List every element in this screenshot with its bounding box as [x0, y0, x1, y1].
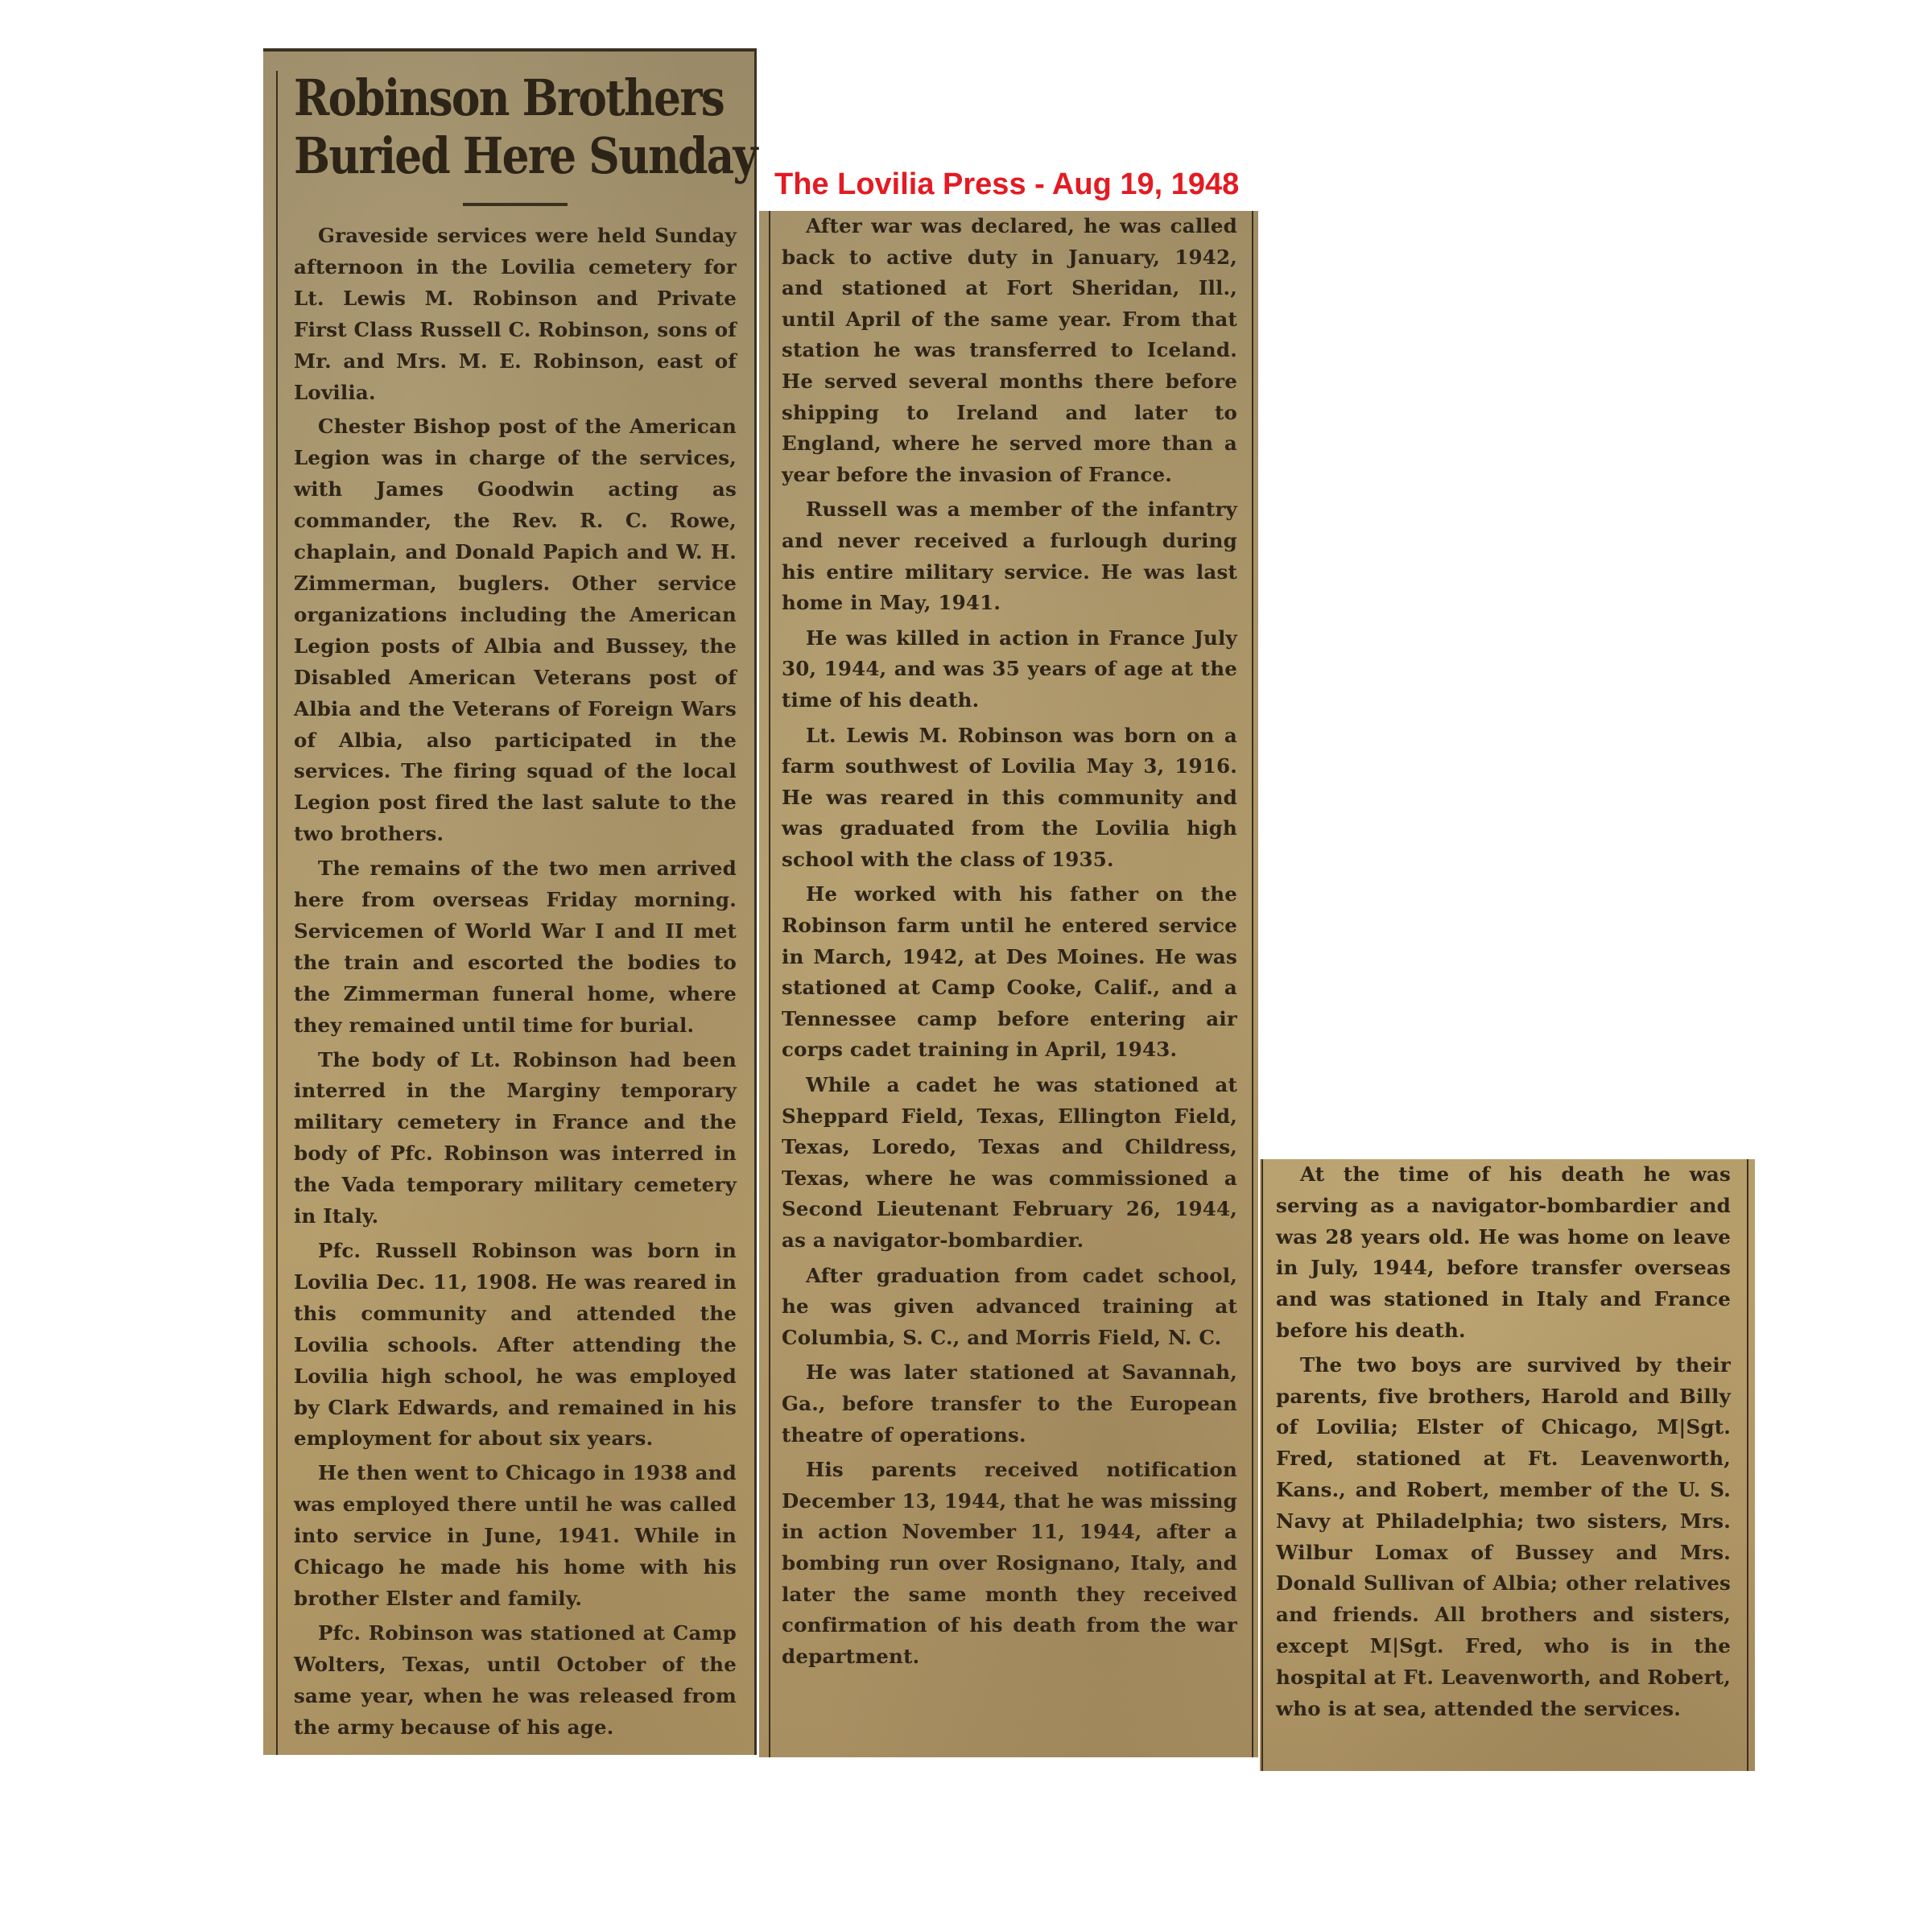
- publication-caption: The Lovilia Press - Aug 19, 1948: [774, 167, 1239, 202]
- clipping-column-2: After war was declared, he was called ba…: [759, 211, 1258, 1757]
- paragraph: Lt. Lewis M. Robinson was born on a farm…: [782, 720, 1237, 876]
- paragraph: Pfc. Russell Robinson was born in Lovili…: [294, 1236, 737, 1455]
- column-rule: [769, 211, 770, 1757]
- paragraph: He was killed in action in France July 3…: [782, 623, 1237, 716]
- headline: Robinson Brothers Buried Here Sunday: [294, 69, 675, 185]
- column-rule: [1747, 1159, 1748, 1771]
- column-rule: [1261, 1159, 1263, 1771]
- paragraph: At the time of his death he was serving …: [1276, 1159, 1731, 1347]
- headline-line-2: Buried Here Sunday: [294, 126, 757, 185]
- paragraph: The body of Lt. Robinson had been interr…: [294, 1045, 737, 1232]
- headline-divider: [463, 203, 568, 206]
- paragraph: Chester Bishop post of the American Legi…: [294, 411, 737, 850]
- column-rule: [1252, 211, 1253, 1757]
- paragraph: The remains of the two men arrived here …: [294, 853, 737, 1041]
- column-1-text: Graveside services were held Sunday afte…: [294, 221, 737, 1744]
- paragraph: He worked with his father on the Robinso…: [782, 879, 1237, 1066]
- paragraph: He was later stationed at Savannah, Ga.,…: [782, 1357, 1237, 1451]
- paragraph: Russell was a member of the infantry and…: [782, 494, 1237, 618]
- clipping-column-1: Robinson Brothers Buried Here Sunday Gra…: [263, 48, 757, 1755]
- paragraph: After graduation from cadet school, he w…: [782, 1261, 1237, 1354]
- paragraph: The two boys are survived by their paren…: [1276, 1350, 1731, 1725]
- column-rule: [276, 71, 278, 1755]
- paragraph: He then went to Chicago in 1938 and was …: [294, 1458, 737, 1615]
- paragraph: His parents received notification Decemb…: [782, 1455, 1237, 1672]
- column-3-text: At the time of his death he was serving …: [1276, 1159, 1731, 1724]
- paragraph: Pfc. Robinson was stationed at Camp Wolt…: [294, 1618, 737, 1744]
- paragraph: Graveside services were held Sunday afte…: [294, 221, 737, 408]
- clipping-column-3: At the time of his death he was serving …: [1260, 1159, 1755, 1771]
- column-2-text: After war was declared, he was called ba…: [782, 211, 1237, 1672]
- paragraph: While a cadet he was stationed at Sheppa…: [782, 1070, 1237, 1257]
- paragraph: After war was declared, he was called ba…: [782, 211, 1237, 490]
- headline-line-1: Robinson Brothers: [294, 68, 724, 127]
